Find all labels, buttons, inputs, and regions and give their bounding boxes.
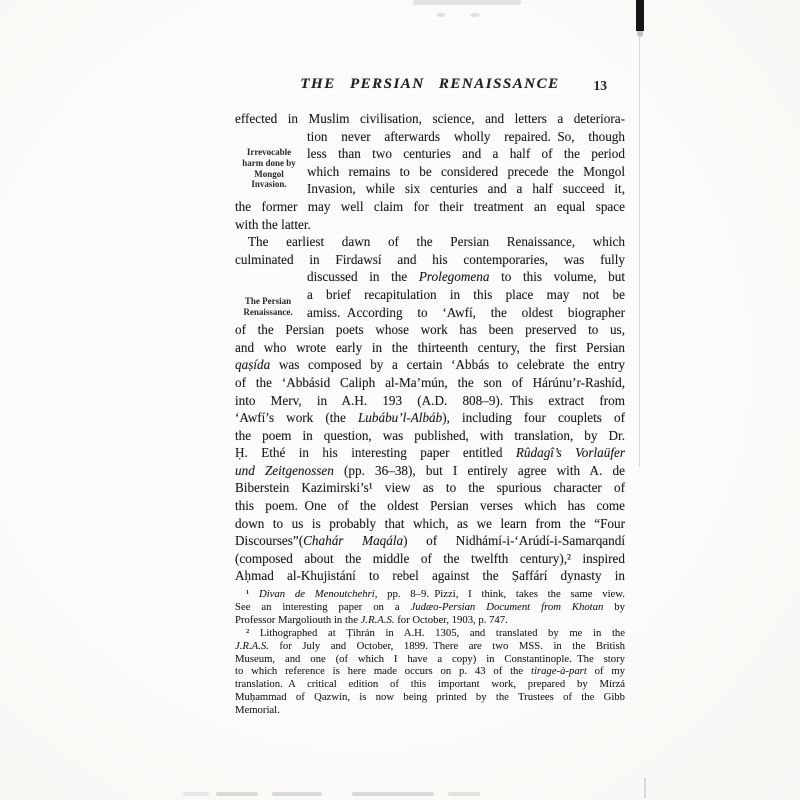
footnote-line: See an interesting paper on a Judæo-Pers… [235, 601, 625, 614]
body-text-line: The earliest dawn of the Persian Renaiss… [235, 233, 625, 251]
footnote-line: ² Lithographed at Ṭihrán in A.H. 1305, a… [235, 627, 625, 640]
body-text-line: Ḥ. Ethé in his interesting paper entitle… [235, 444, 625, 462]
scan-artifact-bottom-dash [272, 792, 322, 796]
scan-artifact-bottom-dash [216, 792, 258, 796]
body-text-line: Invasion, while six centuries and a half… [307, 180, 625, 198]
body-text-line: discussed in the Prolegomena to this vol… [307, 268, 625, 286]
scan-artifact-bottom-dash [448, 792, 480, 796]
scan-artifact-fold-line [639, 37, 640, 467]
body-text-line: which remains to be considered precede t… [307, 163, 625, 181]
scan-artifact-top-smudge [413, 0, 521, 5]
footnote-line: to which reference is here made occurs o… [235, 665, 625, 678]
running-head: THE PERSIAN RENAISSANCE 13 [235, 76, 625, 98]
body-text-line: (composed about the middle of the twelft… [235, 550, 625, 568]
body-text: effected in Muslim civilisation, science… [235, 110, 625, 585]
body-text-line: culminated in Firdawsí and his contempor… [235, 251, 625, 269]
body-text-line: into Merv, in A.H. 193 (A.D. 808–9). Thi… [235, 392, 625, 410]
footnote-line: Memorial. [235, 704, 625, 717]
page-number: 13 [594, 78, 608, 94]
body-text-line: Discourses”(Chahár Maqála) of Nidhámí-i-… [235, 532, 625, 550]
scan-artifact-black-bar-fade [637, 31, 643, 37]
footnote-line: translation. A critical edition of this … [235, 678, 625, 691]
body-text-line: down to us is probably that which, as we… [235, 515, 625, 533]
body-text-line: with the latter. [235, 216, 625, 234]
body-text-line: ‘Awfí’s work (the Lubábu’l-Albáb), inclu… [235, 409, 625, 427]
body-text-line: of the Persian poets whose work has been… [235, 321, 625, 339]
body-text-line: this poem. One of the oldest Persian ver… [235, 497, 625, 515]
footnote-line: Museum, and one (of which I have a copy)… [235, 653, 625, 666]
body-text-line: und Zeitgenossen (pp. 36–38), but I enti… [235, 462, 625, 480]
body-text-line: Biberstein Kazimirski’s¹ view as to the … [235, 479, 625, 497]
body-text-line: qaṣída was composed by a certain ‘Abbás … [235, 356, 625, 374]
body-text-line: tion never afterwards wholly repaired. S… [307, 128, 625, 146]
scan-artifact-edge-tick [644, 778, 646, 798]
book-page-scan: THE PERSIAN RENAISSANCE 13 Irrevocable h… [0, 0, 800, 800]
body-text-line: amiss. According to ‘Awfí, the oldest bi… [307, 304, 625, 322]
body-text-line: effected in Muslim civilisation, science… [235, 110, 625, 128]
body-text-line: Aḥmad al-Khujistání to rebel against the… [235, 567, 625, 585]
scan-artifact-black-bar [636, 0, 644, 31]
scan-artifact-bottom-dash [352, 792, 434, 796]
footnote-line: J.R.A.S. for July and October, 1899. The… [235, 640, 625, 653]
scan-artifact-bottom-dash [183, 792, 209, 796]
body-text-line: the former may well claim for their trea… [235, 198, 625, 216]
body-text-line: of the ‘Abbásid Caliph al-Ma’mún, the so… [235, 374, 625, 392]
footnote-line: Muḥammad of Qazwín, is now being printed… [235, 691, 625, 704]
body-text-line: and who wrote early in the thirteenth ce… [235, 339, 625, 357]
footnote-line: Professor Margoliouth in the J.R.A.S. fo… [235, 614, 625, 627]
footnote-line: ¹ Divan de Menoutchehri, pp. 8–9. Pizzi,… [235, 588, 625, 601]
scan-artifact-speck [437, 13, 445, 17]
body-text-line: a brief recapitulation in this place may… [307, 286, 625, 304]
page-title: THE PERSIAN RENAISSANCE [235, 76, 625, 93]
scan-artifact-speck [470, 13, 480, 17]
footnotes: ¹ Divan de Menoutchehri, pp. 8–9. Pizzi,… [235, 588, 625, 717]
body-text-line: the poem in question, was published, wit… [235, 427, 625, 445]
body-text-line: less than two centuries and a half of th… [307, 145, 625, 163]
